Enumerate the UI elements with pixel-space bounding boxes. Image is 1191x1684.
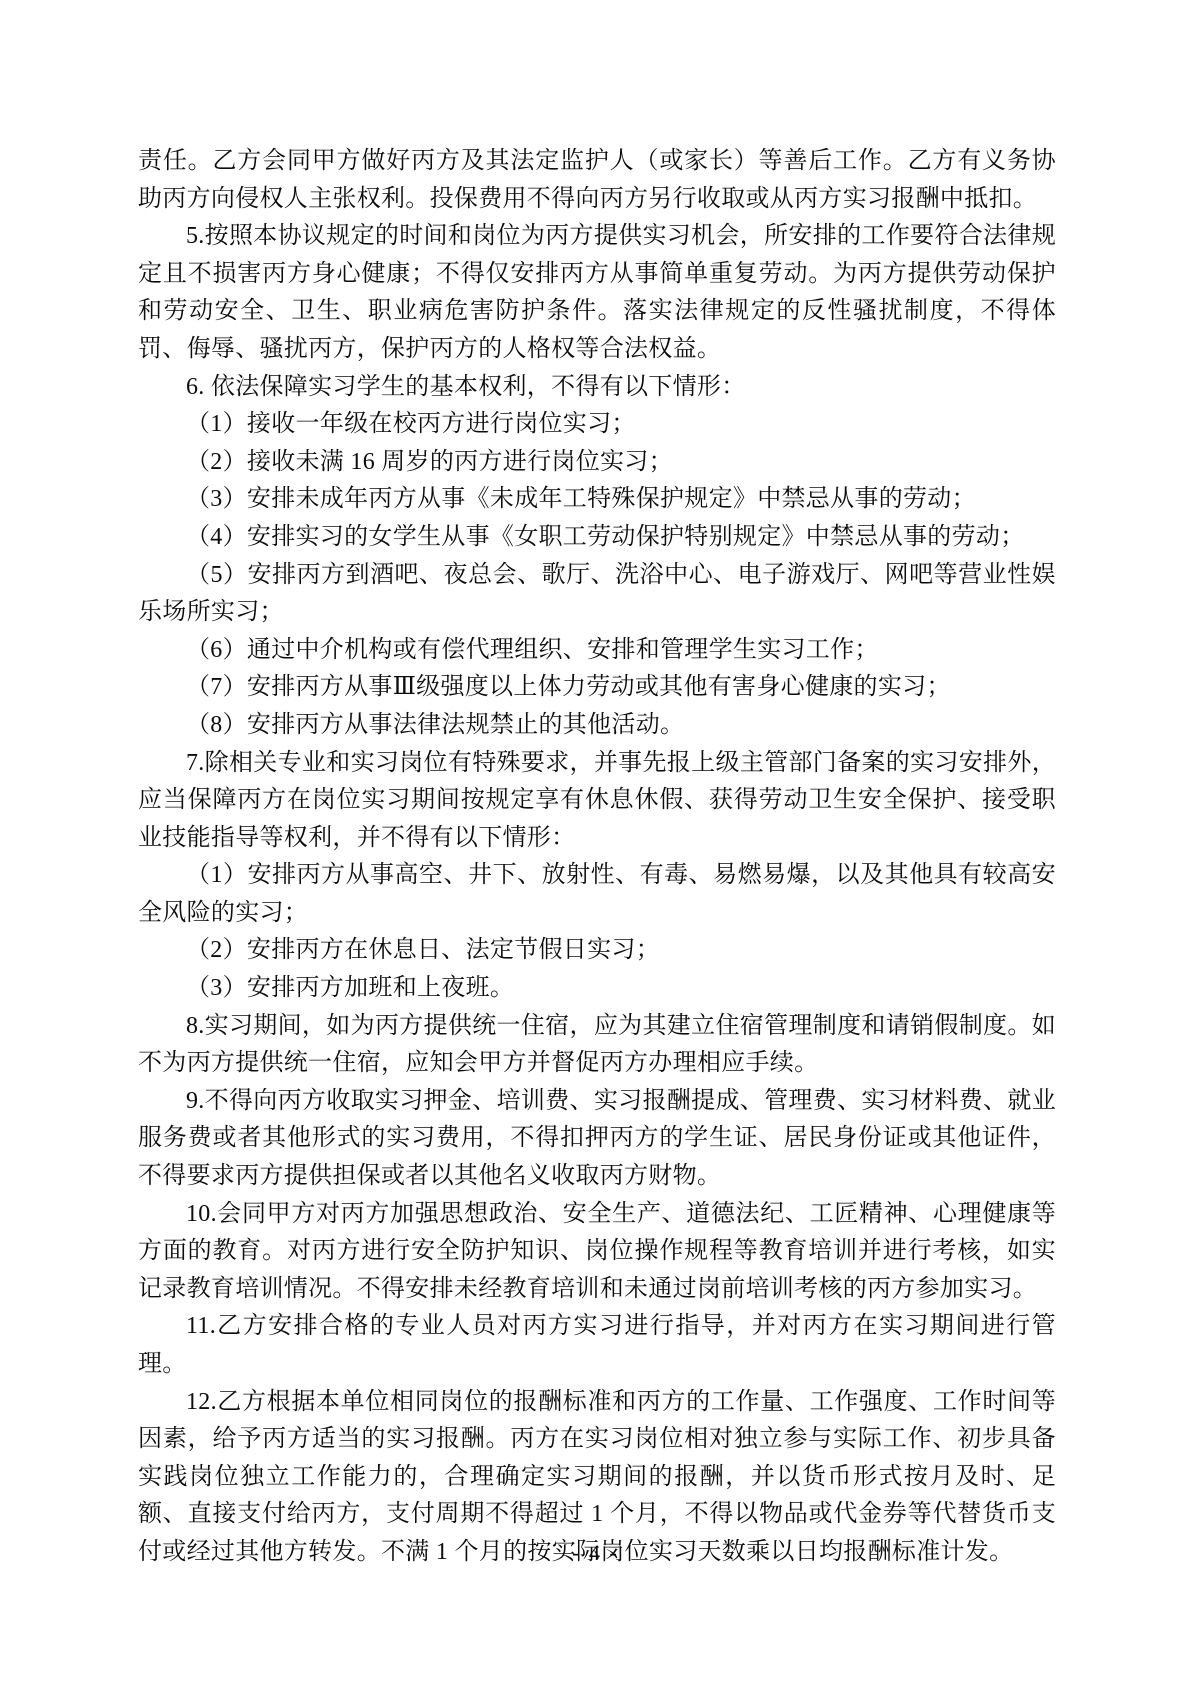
- clause-6-item-4: （4）安排实习的女学生从事《女职工劳动保护特别规定》中禁忌从事的劳动；: [138, 519, 1056, 557]
- clause-9: 9.不得向丙方收取实习押金、培训费、实习报酬提成、管理费、实习材料费、就业服务费…: [138, 1083, 1056, 1196]
- clause-6-item-3: （3）安排未成年丙方从事《未成年工特殊保护规定》中禁忌从事的劳动；: [138, 481, 1056, 519]
- clause-8: 8.实习期间，如为丙方提供统一住宿，应为其建立住宿管理制度和请销假制度。如不为丙…: [138, 1008, 1056, 1083]
- clause-11: 11.乙方安排合格的专业人员对丙方实习进行指导，并对丙方在实习期间进行管理。: [138, 1308, 1056, 1383]
- clause-10: 10.会同甲方对丙方加强思想政治、安全生产、道德法纪、工匠精神、心理健康等方面的…: [138, 1196, 1056, 1309]
- clause-6-item-6: （6）通过中介机构或有偿代理组织、安排和管理学生实习工作；: [138, 632, 1056, 670]
- clause-5: 5.按照本协议规定的时间和岗位为丙方提供实习机会，所安排的工作要符合法律规定且不…: [138, 218, 1056, 368]
- page-number: - 4 -: [0, 1540, 1191, 1566]
- paragraph-continuation: 责任。乙方会同甲方做好丙方及其法定监护人（或家长）等善后工作。乙方有义务协助丙方…: [138, 143, 1056, 218]
- clause-6-item-7: （7）安排丙方从事Ⅲ级强度以上体力劳动或其他有害身心健康的实习；: [138, 669, 1056, 707]
- clause-7: 7.除相关专业和实习岗位有特殊要求，并事先报上级主管部门备案的实习安排外，应当保…: [138, 745, 1056, 858]
- clause-6-item-1: （1）接收一年级在校丙方进行岗位实习；: [138, 406, 1056, 444]
- document-page: 责任。乙方会同甲方做好丙方及其法定监护人（或家长）等善后工作。乙方有义务协助丙方…: [0, 0, 1191, 1684]
- clause-6-item-8: （8）安排丙方从事法律法规禁止的其他活动。: [138, 707, 1056, 745]
- clause-7-item-3: （3）安排丙方加班和上夜班。: [138, 970, 1056, 1008]
- clause-6: 6. 依法保障实习学生的基本权利，不得有以下情形：: [138, 369, 1056, 407]
- clause-6-item-2: （2）接收未满 16 周岁的丙方进行岗位实习；: [138, 444, 1056, 482]
- clause-7-item-2: （2）安排丙方在休息日、法定节假日实习；: [138, 932, 1056, 970]
- contract-body-text: 责任。乙方会同甲方做好丙方及其法定监护人（或家长）等善后工作。乙方有义务协助丙方…: [138, 143, 1056, 1572]
- clause-7-item-1: （1）安排丙方从事高空、井下、放射性、有毒、易燃易爆，以及其他具有较高安全风险的…: [138, 857, 1056, 932]
- clause-6-item-5: （5）安排丙方到酒吧、夜总会、歌厅、洗浴中心、电子游戏厅、网吧等营业性娱乐场所实…: [138, 557, 1056, 632]
